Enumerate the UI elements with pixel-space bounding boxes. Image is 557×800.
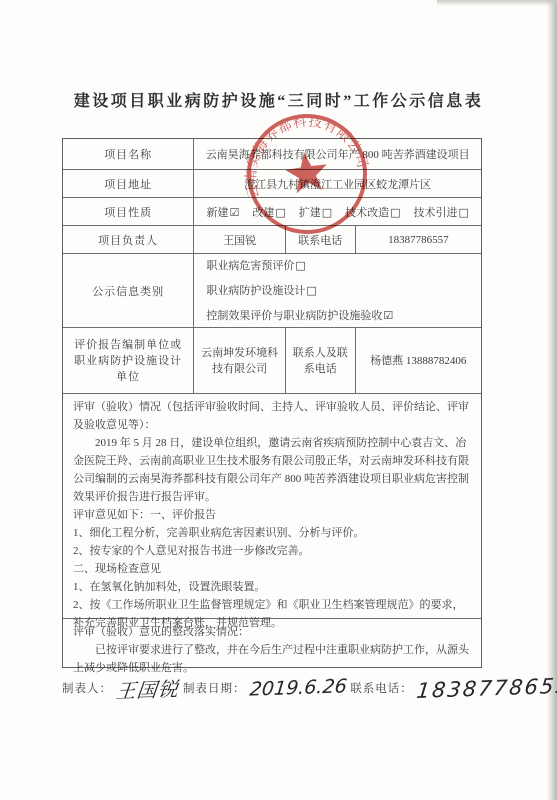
- category-effect-acceptance-text: 控制效果评价与职业病防护设施验收: [206, 310, 382, 322]
- review-heading: 评审（验收）情况（包括评审验收时间、主持人、评审验收人员、评价结论、评审及验收意…: [73, 398, 471, 434]
- table-footer: 制表人： 王国锐 制表日期： 2019.6.26 联系电话： 183877865…: [62, 668, 548, 708]
- row-project-nature: 项目性质 新建☑ 改建□ 扩建□ 技术改造□ 技术引进□: [63, 197, 481, 225]
- review-opinion-line: 1、细化工程分析，完善职业病危害因素识别、分析与评价。: [73, 524, 471, 542]
- project-nature-options: 新建☑ 改建□ 扩建□ 技术改造□ 技术引进□: [193, 198, 481, 225]
- review-opinion-line: 2、按专家的个人意见对报告书进一步修改完善。: [73, 542, 471, 560]
- project-leader-label: 项目负责人: [63, 226, 193, 253]
- row-review-section: 评审（验收）情况（包括评审验收时间、主持人、评审验收人员、评价结论、评审及验收意…: [63, 393, 481, 618]
- review-opinion-line: 1、在氢氧化钠加料处，设置洗眼装置。: [73, 578, 471, 596]
- category-effect-acceptance: 控制效果评价与职业病防护设施验收☑: [206, 305, 393, 327]
- row-project-leader: 项目负责人 王国锐 联系电话 18387786557: [63, 225, 481, 253]
- category-facility-design: 职业病防护设施设计□: [206, 280, 316, 302]
- page-title: 建设项目职业病防护设施“三同时”工作公示信息表: [0, 88, 557, 111]
- row-project-address: 项目地址 澄江县九村镇澄江工业园区蛟龙潭片区: [63, 169, 481, 197]
- checkbox-expand-icon: □: [322, 206, 332, 219]
- checkbox-new-icon: ☑: [229, 206, 239, 219]
- project-address-value: 澄江县九村镇澄江工业园区蛟龙潭片区: [193, 170, 481, 197]
- maker-label: 制表人：: [62, 680, 112, 696]
- checkbox-effect-acceptance-icon: ☑: [383, 309, 393, 322]
- leader-phone-label: 联系电话: [285, 226, 355, 253]
- option-expand: 扩建□: [299, 204, 332, 220]
- phone-handwritten: 18387786557: [415, 673, 557, 703]
- option-tech-import-label: 技术引进: [414, 207, 458, 219]
- category-pre-evaluation-text: 职业病危害预评价: [206, 260, 294, 272]
- row-evaluation-agency: 评价报告编制单位或职业病防护设施设计单位 云南坤发环境科技有限公司 联系人及联系…: [63, 327, 481, 393]
- document-page: 建设项目职业病防护设施“三同时”工作公示信息表 云南昊海荞都科技有限公司 项目名…: [0, 0, 557, 800]
- category-pre-evaluation: 职业病危害预评价□: [206, 255, 305, 277]
- date-handwritten: 2019.6.26: [248, 675, 347, 700]
- agency-contact-value: 杨德燕 13888782406: [355, 328, 481, 393]
- project-leader-value: 王国锐: [193, 226, 285, 253]
- info-table: 项目名称 云南昊海荞都科技有限公司年产 800 吨苦荞酒建设项目 项目地址 澄江…: [62, 138, 482, 668]
- option-new-label: 新建: [206, 207, 228, 219]
- agency-contact-label: 联系人及联系电话: [285, 328, 355, 393]
- checkbox-pre-evaluation-icon: □: [295, 259, 305, 272]
- phone-label: 联系电话：: [350, 680, 413, 696]
- leader-phone-value: 18387786557: [355, 226, 481, 253]
- option-tech-upgrade-label: 技术改造: [345, 207, 389, 219]
- scan-edge-top-shadow: [437, 0, 557, 6]
- evaluation-agency-value: 云南坤发环境科技有限公司: [193, 328, 285, 393]
- evaluation-agency-label: 评价报告编制单位或职业病防护设施设计单位: [63, 328, 193, 393]
- option-rebuild: 改建□: [252, 204, 285, 220]
- project-address-label: 项目地址: [63, 170, 193, 197]
- option-expand-label: 扩建: [299, 207, 321, 219]
- publicity-category-items: 职业病危害预评价□ 职业病防护设施设计□ 控制效果评价与职业病防护设施验收☑: [193, 254, 481, 327]
- publicity-category-label: 公示信息类别: [63, 254, 193, 327]
- project-name-label: 项目名称: [63, 139, 193, 169]
- review-body: 2019 年 5 月 28 日，建设单位组织，邀请云南省疾病预防控制中心袁吉文、…: [73, 434, 471, 506]
- maker-signature: 王国锐: [114, 672, 180, 703]
- option-tech-upgrade: 技术改造□: [345, 204, 400, 220]
- project-nature-label: 项目性质: [63, 198, 193, 225]
- project-name-value: 云南昊海荞都科技有限公司年产 800 吨苦荞酒建设项目: [193, 139, 481, 169]
- row-project-name: 项目名称 云南昊海荞都科技有限公司年产 800 吨苦荞酒建设项目: [63, 139, 481, 169]
- checkbox-rebuild-icon: □: [275, 206, 285, 219]
- option-tech-import: 技术引进□: [414, 204, 469, 220]
- row-publicity-category: 公示信息类别 职业病危害预评价□ 职业病防护设施设计□ 控制效果评价与职业病防护…: [63, 253, 481, 327]
- option-new: 新建☑: [206, 204, 239, 220]
- date-label: 制表日期：: [183, 680, 246, 696]
- option-rebuild-label: 改建: [252, 207, 274, 219]
- category-facility-design-text: 职业病防护设施设计: [206, 285, 305, 297]
- checkbox-facility-design-icon: □: [306, 284, 316, 297]
- review-opinion-line: 评审意见如下：一、评价报告: [73, 506, 471, 524]
- checkbox-tech-import-icon: □: [459, 206, 469, 219]
- review-opinion-line: 二、现场检查意见: [73, 560, 471, 578]
- checkbox-tech-upgrade-icon: □: [390, 206, 400, 219]
